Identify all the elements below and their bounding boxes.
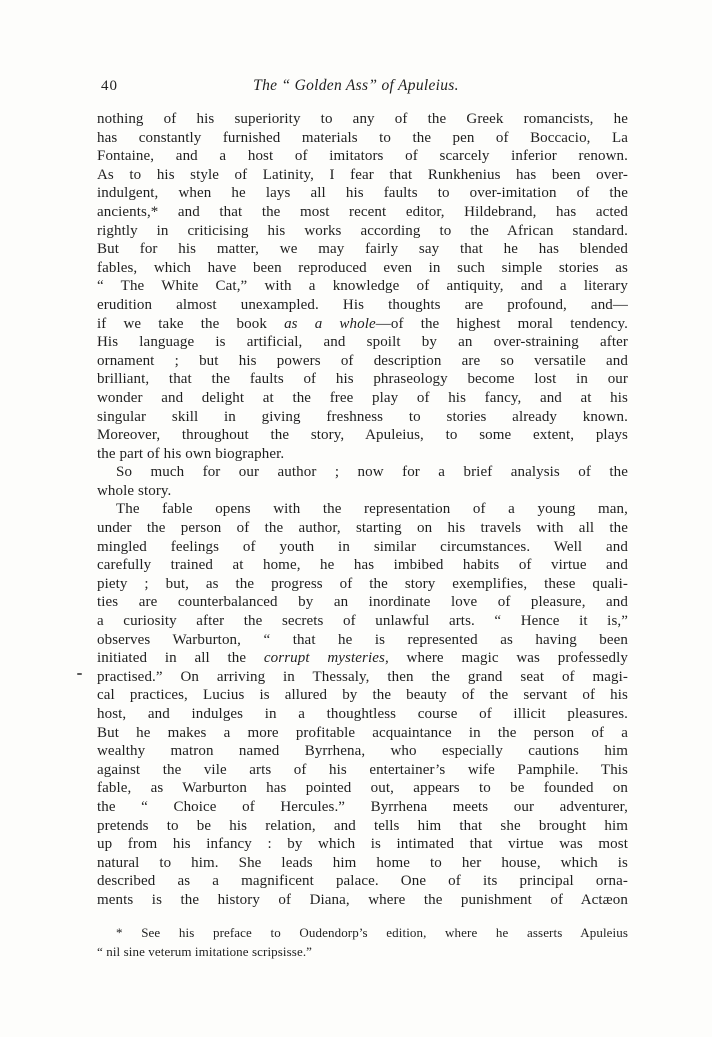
text-segment: brilliant, that the faults of his phrase…: [97, 371, 628, 387]
text-segment: But he makes a more profitable acquainta…: [97, 725, 628, 741]
text-segment: * See his preface to Oudendorp’s edition…: [116, 925, 628, 940]
text-line: fables, which have been reproduced even …: [97, 259, 628, 278]
text-segment: erudition almost unexampled. His thought…: [97, 297, 628, 313]
text-segment: the “ Choice of Hercules.” Byrrhena meet…: [97, 799, 628, 815]
text-line: ornament ; but his powers of description…: [97, 352, 628, 371]
text-segment: practised.” On arriving in Thessaly, the…: [97, 669, 628, 685]
text-segment: against the vile arts of his entertainer…: [97, 762, 628, 778]
text-line: erudition almost unexampled. His thought…: [97, 296, 628, 315]
text-segment: wonder and delight at the free play of h…: [97, 390, 628, 406]
text-line: the “ Choice of Hercules.” Byrrhena meet…: [97, 798, 628, 817]
text-line: singular skill in giving freshness to st…: [97, 408, 628, 427]
text-line: nothing of his superiority to any of the…: [97, 110, 628, 129]
text-segment: natural to him. She leads him home to he…: [97, 855, 628, 871]
text-line: “ nil sine veterum imitatione scripsisse…: [97, 942, 628, 961]
text-segment: fables, which have been reproduced even …: [97, 260, 628, 276]
text-line: a curiosity after the secrets of unlawfu…: [97, 612, 628, 631]
text-segment: the part of his own biographer.: [97, 446, 284, 462]
page-header: 40 The “ Golden Ass” of Apuleius.: [0, 77, 712, 99]
text-segment: ornament ; but his powers of description…: [97, 353, 628, 369]
text-line: whole story.: [97, 482, 628, 501]
text-line: So much for our author ; now for a brief…: [97, 463, 628, 482]
text-line: under the person of the author, starting…: [97, 519, 628, 538]
text-segment: ancients,* and that the most recent edit…: [97, 204, 628, 220]
text-line: ments is the history of Diana, where the…: [97, 891, 628, 910]
text-segment: carefully trained at home, he has imbibe…: [97, 557, 628, 573]
text-line: natural to him. She leads him home to he…: [97, 854, 628, 873]
text-line: ancients,* and that the most recent edit…: [97, 203, 628, 222]
text-line: wonder and delight at the free play of h…: [97, 389, 628, 408]
text-line: cal practices, Lucius is allured by the …: [97, 686, 628, 705]
text-segment: As to his style of Latinity, I fear that…: [97, 167, 628, 183]
scan-artifact-mark: [77, 673, 82, 675]
text-line: His language is artificial, and spoilt b…: [97, 333, 628, 352]
text-segment: ties are counterbalanced by an inordinat…: [97, 594, 628, 610]
text-line: initiated in all the corrupt mysteries, …: [97, 649, 628, 668]
text-segment: has constantly furnished materials to th…: [97, 130, 628, 146]
text-line: Fontaine, and a host of imitators of sca…: [97, 147, 628, 166]
text-line: against the vile arts of his entertainer…: [97, 761, 628, 780]
footnote: * See his preface to Oudendorp’s edition…: [97, 923, 628, 961]
text-segment: piety ; but, as the progress of the stor…: [97, 576, 628, 592]
text-line: fable, as Warburton has pointed out, app…: [97, 779, 628, 798]
text-segment: Moreover, throughout the story, Apuleius…: [97, 427, 628, 443]
text-line: wealthy matron named Byrrhena, who espec…: [97, 742, 628, 761]
text-line: rightly in criticising his works accordi…: [97, 222, 628, 241]
text-segment: up from his infancy : by which is intima…: [97, 836, 628, 852]
text-segment: His language is artificial, and spoilt b…: [97, 334, 628, 350]
text-segment: singular skill in giving freshness to st…: [97, 409, 628, 425]
text-segment: rightly in criticising his works accordi…: [97, 223, 628, 239]
text-line: But for his matter, we may fairly say th…: [97, 240, 628, 259]
text-segment: But for his matter, we may fairly say th…: [97, 241, 628, 257]
text-segment: initiated in all the: [97, 650, 264, 666]
text-segment: wealthy matron named Byrrhena, who espec…: [97, 743, 628, 759]
text-line: ties are counterbalanced by an inordinat…: [97, 593, 628, 612]
text-segment: —of the highest moral tendency.: [376, 316, 628, 332]
running-title: The “ Golden Ass” of Apuleius.: [0, 77, 712, 95]
text-line: * See his preface to Oudendorp’s edition…: [97, 923, 628, 942]
text-line: carefully trained at home, he has imbibe…: [97, 556, 628, 575]
text-segment: mingled feelings of youth in similar cir…: [97, 539, 628, 555]
text-line: if we take the book as a whole—of the hi…: [97, 315, 628, 334]
text-line: “ The White Cat,” with a knowledge of an…: [97, 277, 628, 296]
italic-text-segment: corrupt mysteries: [264, 650, 385, 666]
text-segment: , where magic was professedly: [385, 650, 628, 666]
text-line: The fable opens with the representation …: [97, 500, 628, 519]
text-segment: indulgent, when he lays all his faults t…: [97, 185, 628, 201]
book-page: 40 The “ Golden Ass” of Apuleius. nothin…: [0, 0, 712, 1037]
text-line: practised.” On arriving in Thessaly, the…: [97, 668, 628, 687]
text-segment: observes Warburton, “ that he is represe…: [97, 632, 628, 648]
text-line: Moreover, throughout the story, Apuleius…: [97, 426, 628, 445]
text-segment: “ The White Cat,” with a knowledge of an…: [97, 278, 628, 294]
text-line: pretends to be his relation, and tells h…: [97, 817, 628, 836]
text-segment: a curiosity after the secrets of unlawfu…: [97, 613, 628, 629]
text-segment: host, and indulges in a thoughtless cour…: [97, 706, 628, 722]
text-line: up from his infancy : by which is intima…: [97, 835, 628, 854]
text-segment: fable, as Warburton has pointed out, app…: [97, 780, 628, 796]
text-line: brilliant, that the faults of his phrase…: [97, 370, 628, 389]
text-segment: ments is the history of Diana, where the…: [97, 892, 628, 908]
text-segment: pretends to be his relation, and tells h…: [97, 818, 628, 834]
text-line: has constantly furnished materials to th…: [97, 129, 628, 148]
text-line: As to his style of Latinity, I fear that…: [97, 166, 628, 185]
text-segment: under the person of the author, starting…: [97, 520, 628, 536]
body-text: nothing of his superiority to any of the…: [97, 110, 628, 910]
text-line: But he makes a more profitable acquainta…: [97, 724, 628, 743]
text-line: mingled feelings of youth in similar cir…: [97, 538, 628, 557]
text-segment: if we take the book: [97, 316, 284, 332]
text-segment: So much for our author ; now for a brief…: [116, 464, 628, 480]
text-line: host, and indulges in a thoughtless cour…: [97, 705, 628, 724]
text-segment: The fable opens with the representation …: [116, 501, 628, 517]
text-line: indulgent, when he lays all his faults t…: [97, 184, 628, 203]
text-segment: nothing of his superiority to any of the…: [97, 111, 628, 127]
text-line: described as a magnificent palace. One o…: [97, 872, 628, 891]
text-segment: Fontaine, and a host of imitators of sca…: [97, 148, 628, 164]
text-segment: cal practices, Lucius is allured by the …: [97, 687, 628, 703]
text-line: observes Warburton, “ that he is represe…: [97, 631, 628, 650]
italic-text-segment: as a whole: [284, 316, 376, 332]
text-segment: whole story.: [97, 483, 171, 499]
text-segment: “ nil sine veterum imitatione scripsisse…: [97, 944, 312, 959]
text-line: the part of his own biographer.: [97, 445, 628, 464]
text-segment: described as a magnificent palace. One o…: [97, 873, 628, 889]
text-line: piety ; but, as the progress of the stor…: [97, 575, 628, 594]
